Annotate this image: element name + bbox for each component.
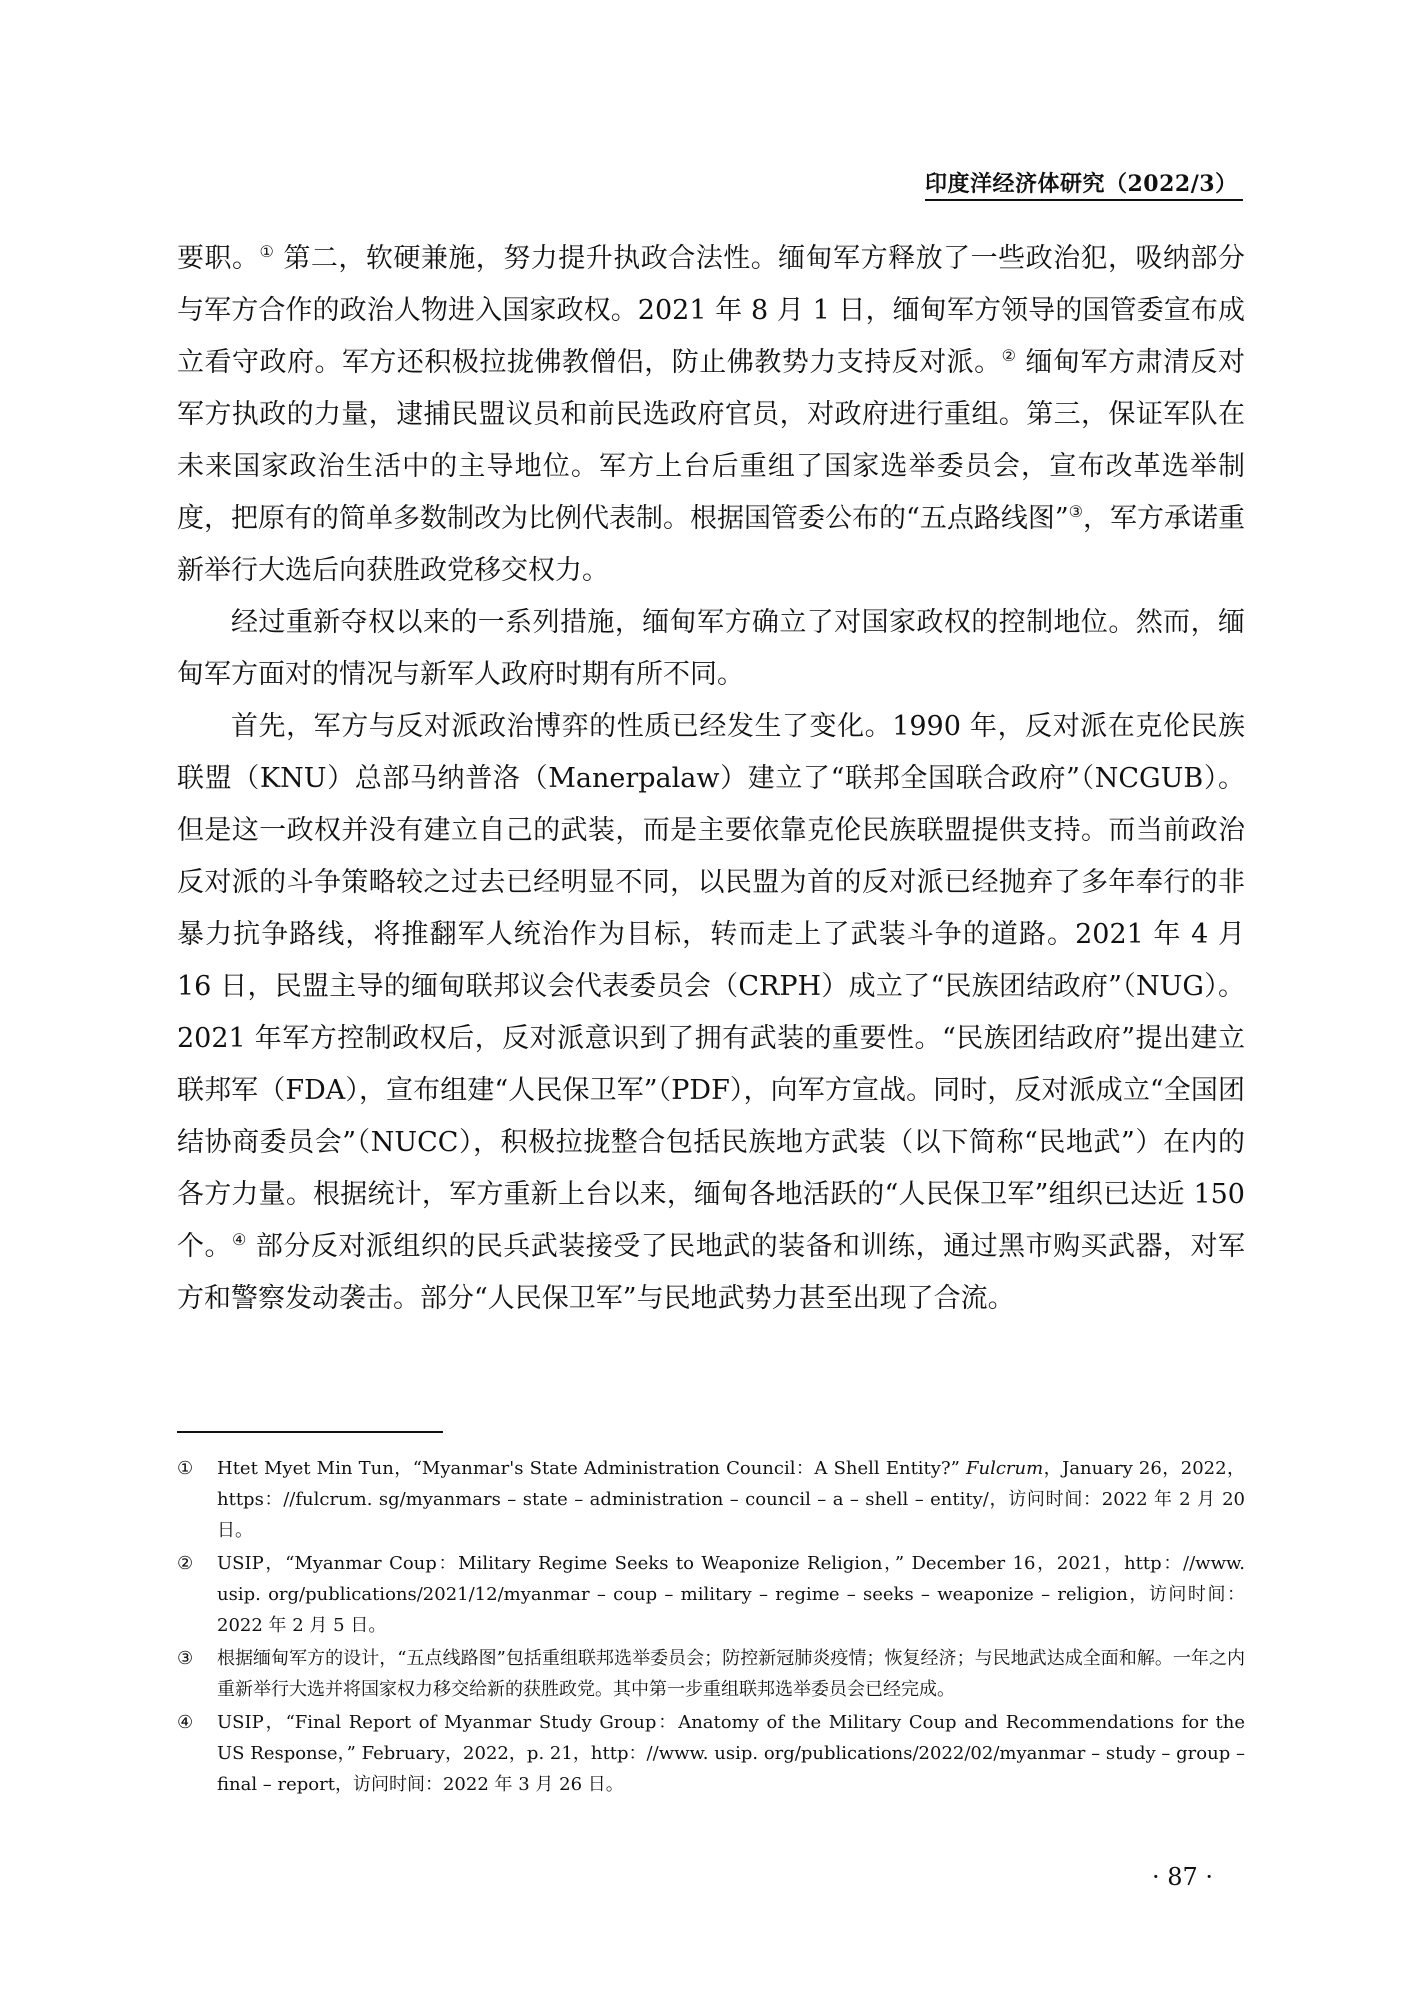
paragraph: 经过重新夺权以来的一系列措施，缅甸军方确立了对国家政权的控制地位。然而，缅甸军方… xyxy=(177,597,1245,701)
paragraph-text: 首先，军方与反对派政治博弈的性质已经发生了变化。1990 年，反对派在克伦民族联… xyxy=(177,711,1245,1262)
footnote-text: USIP，“Final Report of Myanmar Study Grou… xyxy=(217,1712,1245,1795)
footnote-text: 根据缅甸军方的设计，“五点线路图”包括重组联邦选举委员会；防控新冠肺炎疫情；恢复… xyxy=(217,1648,1245,1700)
footnote-reference-4[interactable]: ④ xyxy=(232,1230,247,1249)
paragraph-text: 经过重新夺权以来的一系列措施，缅甸军方确立了对国家政权的控制地位。然而，缅甸军方… xyxy=(177,607,1245,690)
footnote-marker: ② xyxy=(177,1548,193,1579)
footnote-reference-1[interactable]: ① xyxy=(259,242,274,261)
footnote-4: ④ USIP，“Final Report of Myanmar Study Gr… xyxy=(177,1707,1245,1800)
footnote-text: USIP，“Myanmar Coup：Military Regime Seeks… xyxy=(217,1553,1245,1636)
footnote-separator-rule xyxy=(177,1431,443,1433)
page-number: · 87 · xyxy=(1152,1862,1213,1892)
paragraph: 首先，军方与反对派政治博弈的性质已经发生了变化。1990 年，反对派在克伦民族联… xyxy=(177,701,1245,1325)
footnote-marker: ① xyxy=(177,1453,193,1484)
paragraph-text: 部分反对派组织的民兵武装接受了民地武的装备和训练，通过黑市购买武器，对军方和警察… xyxy=(177,1231,1245,1314)
running-header-journal-title: 印度洋经济体研究（2022/3） xyxy=(925,170,1243,201)
footnotes-section: ① Htet Myet Min Tun，“Myanmar's State Adm… xyxy=(177,1453,1245,1802)
footnote-2: ② USIP，“Myanmar Coup：Military Regime See… xyxy=(177,1548,1245,1641)
main-body-text: 要职。① 第二，软硬兼施，努力提升执政合法性。缅甸军方释放了一些政治犯，吸纳部分… xyxy=(177,233,1245,1325)
footnote-marker: ③ xyxy=(177,1643,193,1674)
paragraph: 要职。① 第二，软硬兼施，努力提升执政合法性。缅甸军方释放了一些政治犯，吸纳部分… xyxy=(177,233,1245,597)
footnote-reference-2[interactable]: ② xyxy=(1002,346,1017,365)
paragraph-text: 要职。 xyxy=(177,243,259,274)
footnote-1: ① Htet Myet Min Tun，“Myanmar's State Adm… xyxy=(177,1453,1245,1546)
footnote-marker: ④ xyxy=(177,1707,193,1738)
footnote-3: ③ 根据缅甸军方的设计，“五点线路图”包括重组联邦选举委员会；防控新冠肺炎疫情；… xyxy=(177,1643,1245,1705)
footnote-journal-name: Fulcrum xyxy=(966,1458,1043,1479)
footnote-text: Htet Myet Min Tun，“Myanmar's State Admin… xyxy=(217,1458,966,1479)
footnote-reference-3[interactable]: ③ xyxy=(1069,502,1083,521)
